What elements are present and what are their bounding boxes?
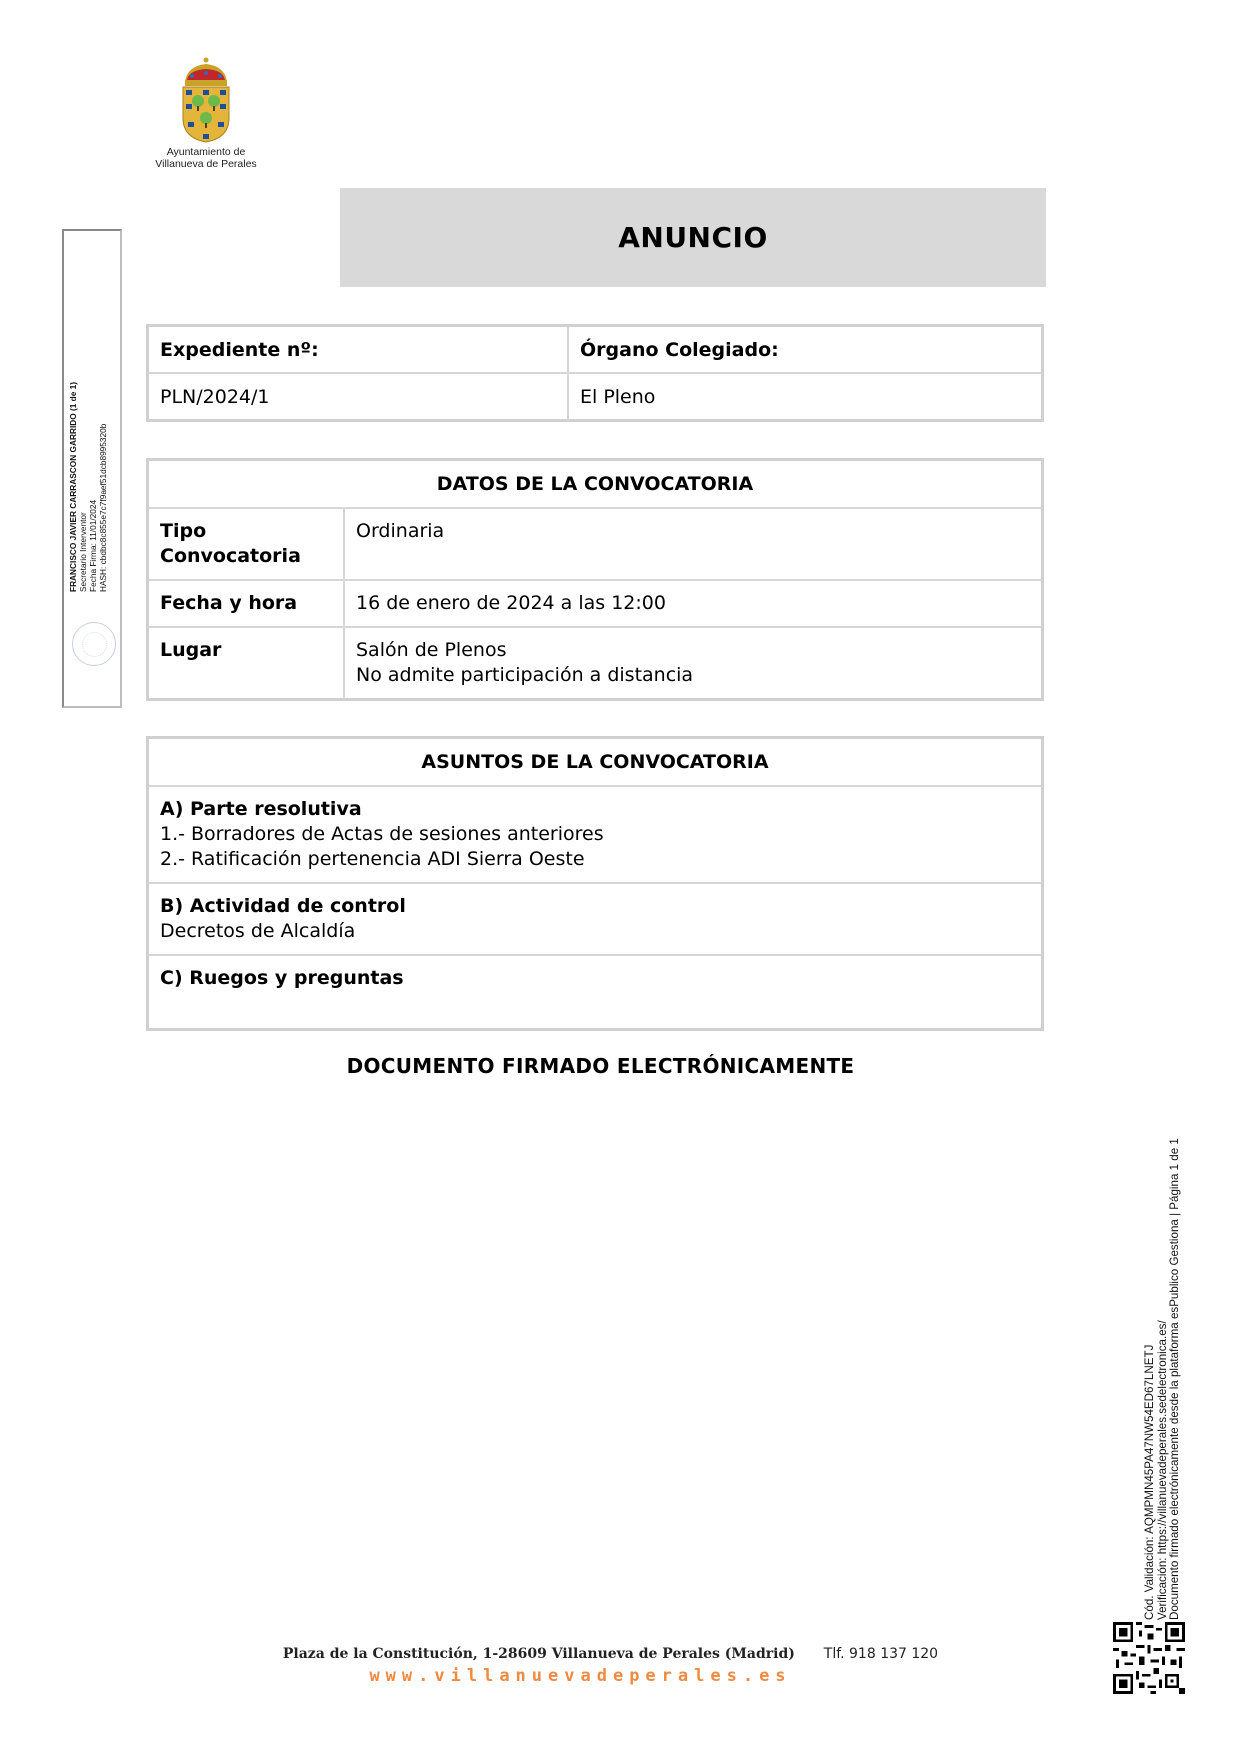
official-seal-icon [72,622,116,666]
asuntos-section: C) Ruegos y preguntas [148,955,1043,1030]
table-row: B) Actividad de control Decretos de Alca… [148,883,1043,955]
platform-note: Documento firmado electrónicamente desde… [1169,1138,1182,1620]
title-banner: ANUNCIO [340,188,1046,287]
asuntos-convocatoria-table: ASUNTOS DE LA CONVOCATORIA A) Parte reso… [146,736,1044,1031]
table-row: Tipo Convocatoria Ordinaria [148,508,1043,580]
validation-code: Cód. Validación: AQMPMN45PA47NW54ED67LNE… [1144,1138,1157,1620]
agenda-item: 1.- Borradores de Actas de sesiones ante… [160,822,1030,847]
asuntos-heading: ASUNTOS DE LA CONVOCATORIA [148,738,1043,787]
datos-heading: DATOS DE LA CONVOCATORIA [148,460,1043,509]
datos-convocatoria-table: DATOS DE LA CONVOCATORIA Tipo Convocator… [146,458,1044,701]
asuntos-section: B) Actividad de control Decretos de Alca… [148,883,1043,955]
section-title: A) Parte resolutiva [160,797,1030,822]
expediente-label: Expediente nº: [148,326,569,374]
page-title: ANUNCIO [618,221,768,254]
logo-caption-line1: Ayuntamiento de [146,146,266,158]
signed-notice: DOCUMENTO FIRMADO ELECTRÓNICAMENTE [0,1054,1241,1078]
label-line: Convocatoria [160,544,332,569]
footer-address: Plaza de la Constitución, 1-28609 Villan… [283,1646,795,1662]
agenda-item: Decretos de Alcaldía [160,919,1030,944]
table-row: A) Parte resolutiva 1.- Borradores de Ac… [148,786,1043,883]
page-footer: Plaza de la Constitución, 1-28609 Villan… [0,1646,1241,1686]
signer-name: FRANCISCO JAVIER CARRASCON GARRIDO (1 de… [68,382,78,592]
expediente-table: Expediente nº: Órgano Colegiado: PLN/202… [146,324,1044,422]
municipal-logo: Ayuntamiento de Villanueva de Perales [146,56,266,180]
table-row: Lugar Salón de Plenos No admite particip… [148,627,1043,700]
table-row: PLN/2024/1 El Pleno [148,373,1043,421]
row-label: Fecha y hora [148,580,345,627]
footer-website-link[interactable]: www.villanuevadeperales.es [0,1666,1241,1686]
row-value: Salón de Plenos No admite participación … [344,627,1043,700]
signature-hash: HASH: cbdbc8c855e7c7f9aef51dcb8995320b [98,382,108,592]
verification-strip: Cód. Validación: AQMPMN45PA47NW54ED67LNE… [1144,1138,1182,1620]
footer-address-line: Plaza de la Constitución, 1-28609 Villan… [0,1646,1241,1662]
table-row: Fecha y hora 16 de enero de 2024 a las 1… [148,580,1043,627]
expediente-value: PLN/2024/1 [148,373,569,421]
signer-role: Secretario Interventor [78,382,88,592]
row-label: Lugar [148,627,345,700]
signed-notice-text: DOCUMENTO FIRMADO ELECTRÓNICAMENTE [347,1054,855,1078]
row-label: Tipo Convocatoria [148,508,345,580]
organo-label: Órgano Colegiado: [568,326,1043,374]
signature-details: FRANCISCO JAVIER CARRASCON GARRIDO (1 de… [68,382,108,592]
table-row: Expediente nº: Órgano Colegiado: [148,326,1043,374]
label-line: Tipo [160,519,332,544]
row-value: Ordinaria [344,508,1043,580]
asuntos-section: A) Parte resolutiva 1.- Borradores de Ac… [148,786,1043,883]
organo-value: El Pleno [568,373,1043,421]
table-row: C) Ruegos y preguntas [148,955,1043,1030]
footer-phone: Tlf. 918 137 120 [824,1646,938,1662]
row-value: 16 de enero de 2024 a las 12:00 [344,580,1043,627]
table-header-row: ASUNTOS DE LA CONVOCATORIA [148,738,1043,787]
logo-caption-line2: Villanueva de Perales [146,158,266,170]
section-title: B) Actividad de control [160,894,1030,919]
value-line: Ordinaria [356,519,1030,544]
signature-date: Fecha Firma: 11/01/2024 [88,382,98,592]
logo-caption: Ayuntamiento de Villanueva de Perales [146,146,266,170]
coat-of-arms-icon [177,56,235,144]
section-title: C) Ruegos y preguntas [160,966,1030,991]
value-line: No admite participación a distancia [356,663,1030,688]
value-line: Salón de Plenos [356,638,1030,663]
table-header-row: DATOS DE LA CONVOCATORIA [148,460,1043,509]
agenda-item: 2.- Ratificación pertenencia ADI Sierra … [160,847,1030,872]
